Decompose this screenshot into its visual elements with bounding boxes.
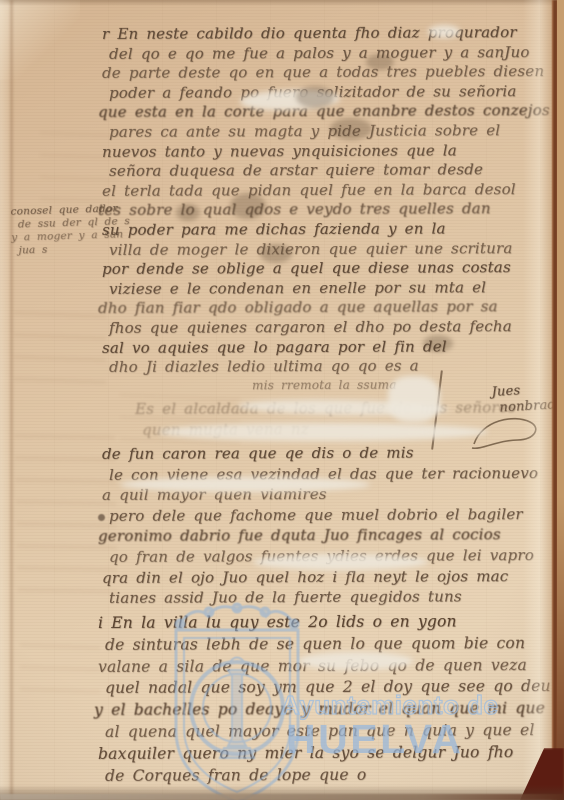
manuscript-line: sal vo aquies que lo pagara por el fin d… [102,337,552,359]
manuscript-line: r En neste cabildo dio quenta fho diaz p… [102,23,552,45]
ink-blot [260,244,292,263]
ink-blot [98,514,105,521]
paper-damage-patch [428,25,460,38]
page-curl [523,0,553,800]
manuscript-line: viziese e le condenan en enelle por su m… [109,278,552,300]
paper-damage-patch [253,554,428,570]
manuscript-line: tes sobre lo qual qdos e veydo tres quel… [98,199,552,221]
page-top-edge [0,0,564,6]
centered-fragment: mis rremota la ssuma [252,378,397,392]
manuscript-line: mis rremota la ssuma [252,378,397,393]
ink-blot [296,86,334,108]
middle-text-block: de fun caron rea que qe dis o de misle c… [102,443,554,608]
manuscript-line: el terla tada que pidan quel fue en la b… [102,180,552,202]
page-crease [10,0,13,800]
book-cover-edge [557,0,564,800]
manuscript-line: su poder para me dichas fazienda y en la [102,219,552,241]
paper-damage-patch [298,652,413,670]
paper-damage-patch [120,477,370,492]
manuscript-line: del qo e qo me fue a palos y a moguer y … [109,43,552,65]
manuscript-line: pero dele que fachome que muel dobrio el… [109,504,554,527]
manuscript-line: por dende se oblige a quel que diese una… [102,258,552,280]
manuscript-page: r En neste cabildo dio quenta fho diaz p… [0,0,564,800]
manuscript-line: geronimo dabrio fue dquta Juo fincages a… [98,524,554,547]
page-bottom-edge [0,794,564,800]
main-text-block: r En neste cabildo dio quenta fho diaz p… [102,24,552,377]
manuscript-line: nuevos tanto y nuevas ynquisiciones que … [102,141,552,163]
ink-blot [330,118,372,140]
manuscript-line: de parte deste qo en que a todas tres pu… [102,62,552,84]
watermark-city-text: HUELVA [286,716,463,763]
manuscript-line: señora duquesa de arstar quiere tomar de… [109,160,552,182]
bleed-through-mark [20,640,100,700]
manuscript-line: dho fian fiar qdo obligado a que aquella… [98,297,552,319]
ink-blot [176,204,200,221]
manuscript-line: villa de moger le dixieron que quier une… [109,239,552,261]
ink-blot [423,335,453,352]
manuscript-line: dho Ji diazles ledio ultima qo qo es a [109,356,552,378]
paper-damage-patch [388,376,440,422]
ink-blot [230,193,266,219]
bleed-through-mark [14,300,106,390]
manuscript-line: fhos que quienes cargaron el dho po dest… [109,317,552,339]
left-margin-note: conosel que dadorde ssu der ql de sy a m… [10,203,123,258]
ink-blot [366,54,394,70]
paper-damage-patch [158,423,488,441]
